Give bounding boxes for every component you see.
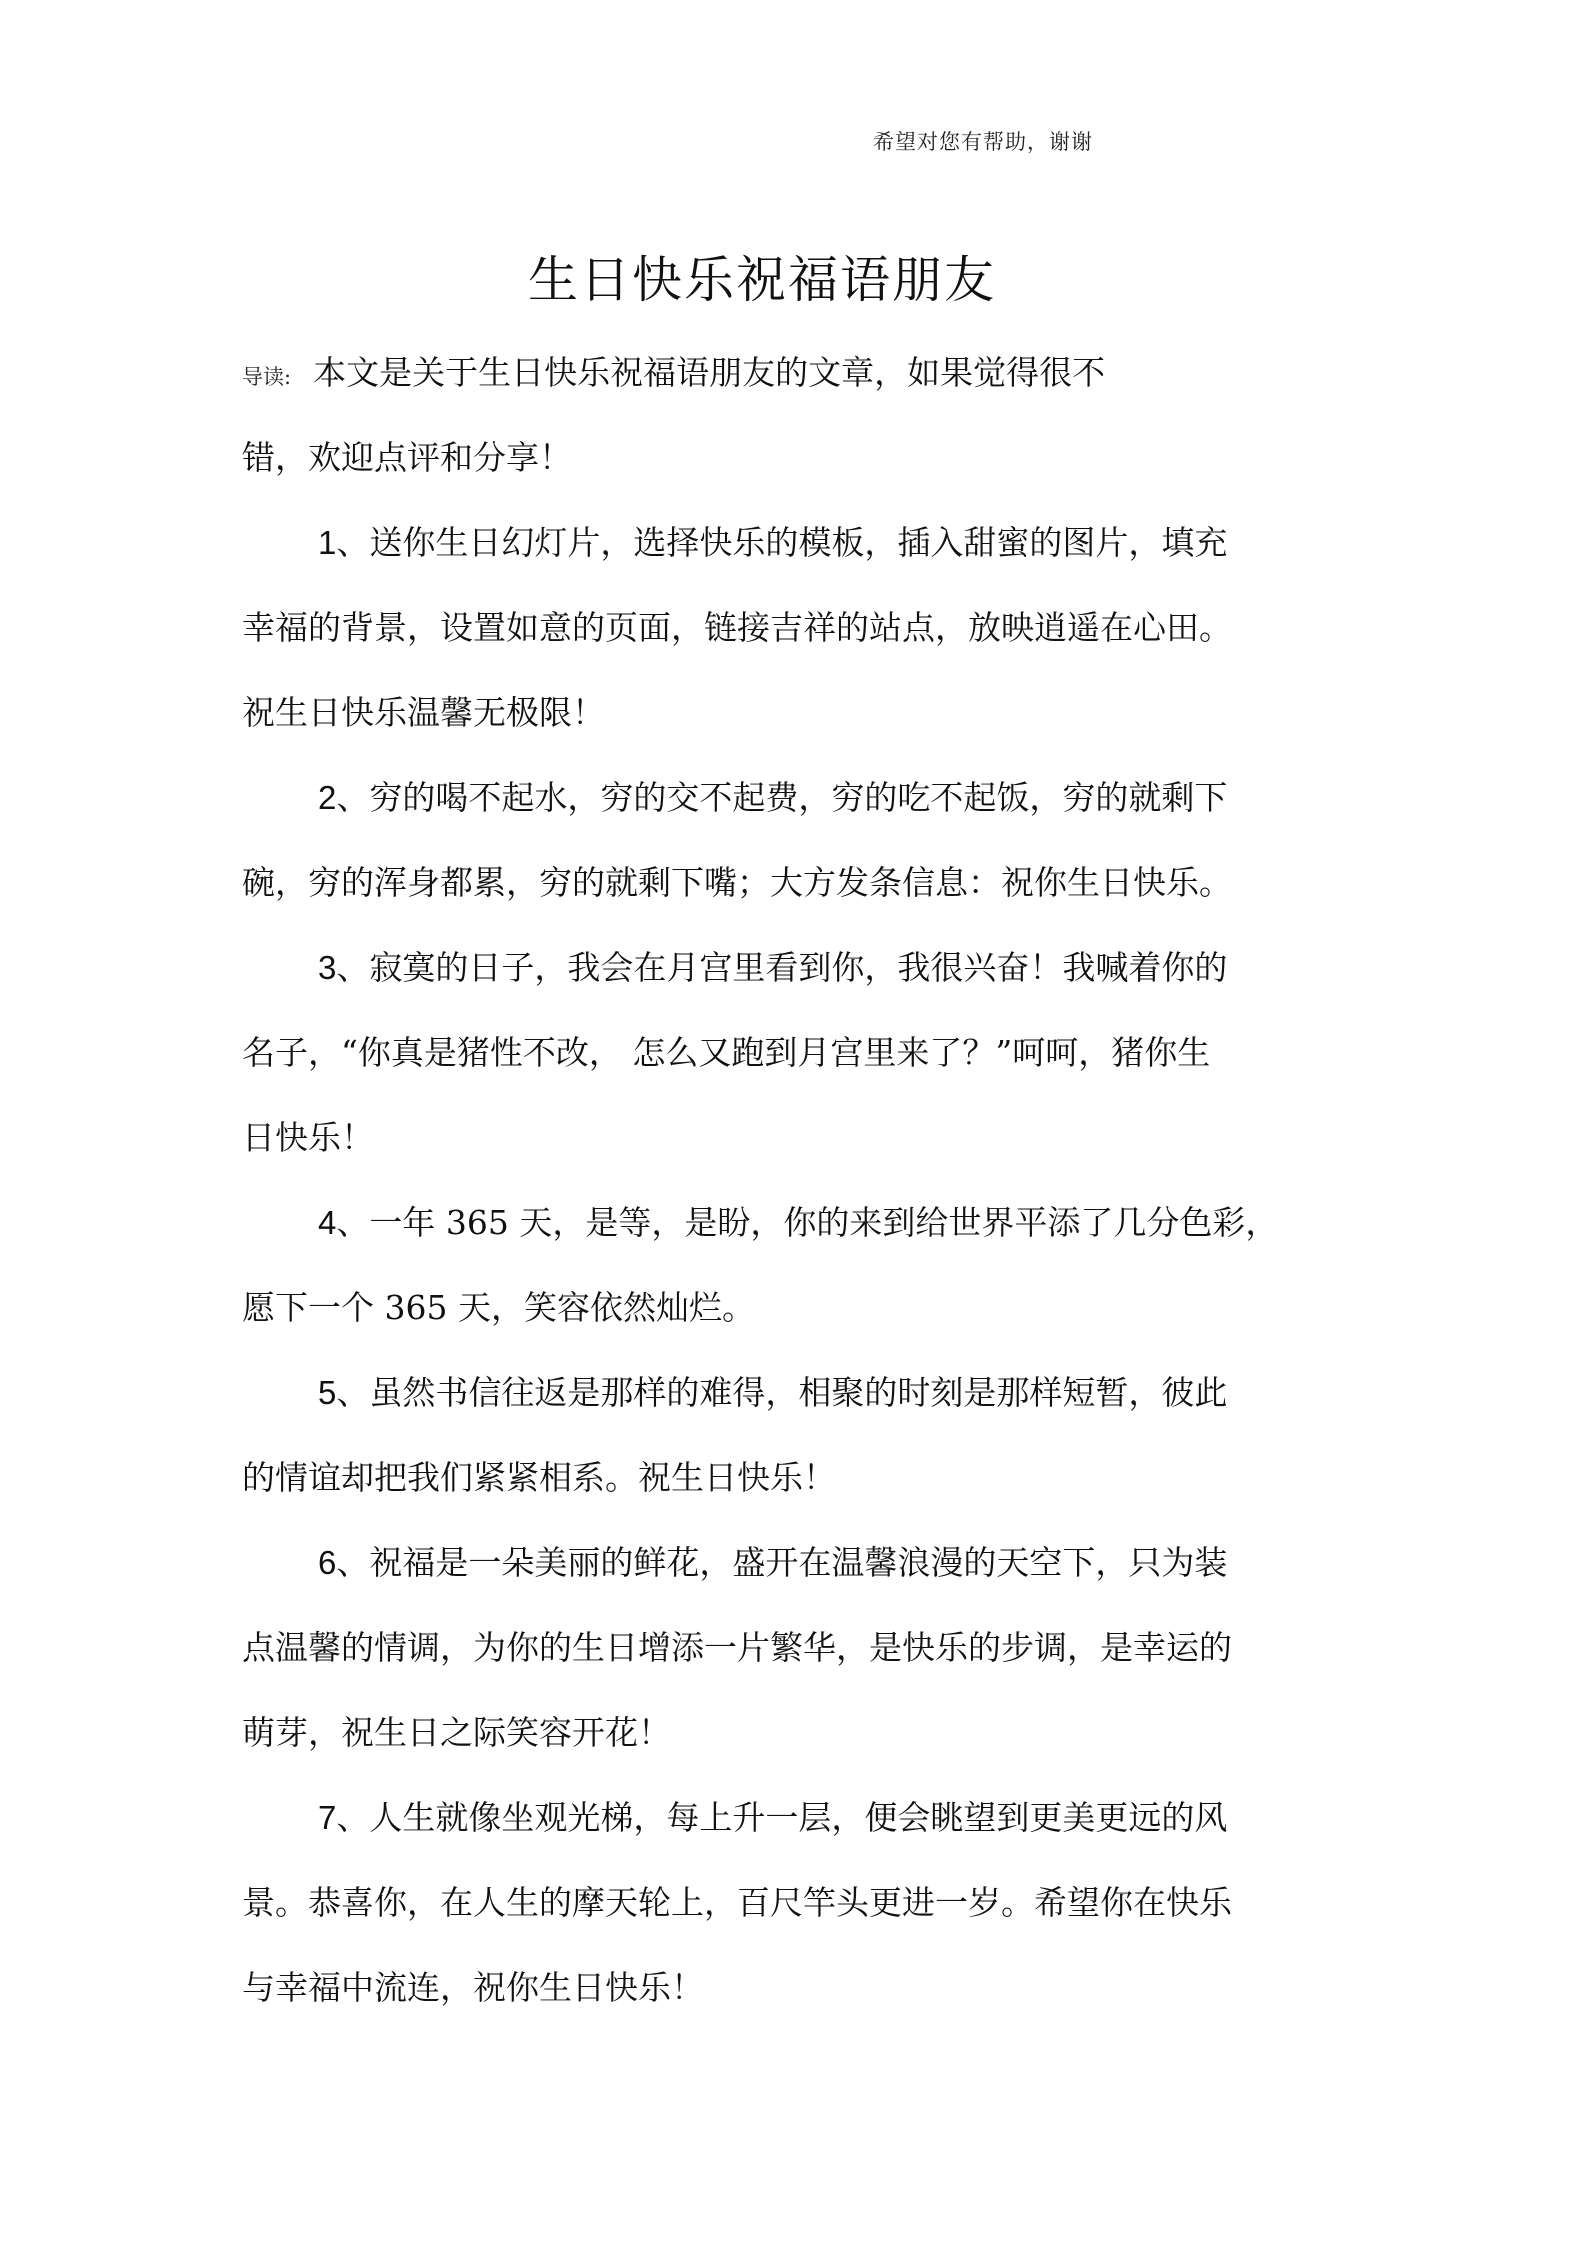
paragraph-text: 、虽然书信往返是那样的难得，相聚的时刻是那样短暂，彼此 [336,1373,1227,1412]
paragraph-number: 1 [318,524,336,561]
paragraph-line: 碗，穷的浑身都累，穷的就剩下嘴；大方发条信息：祝你生日快乐。 [242,840,1342,925]
paragraph-line: 景。恭喜你，在人生的摩天轮上，百尺竿头更进一岁。希望你在快乐 [242,1860,1342,1945]
paragraph-line: 1、送你生日幻灯片，选择快乐的模板，插入甜蜜的图片，填充 [242,500,1342,585]
paragraph-text: 、一年 365 天，是等，是盼，你的来到给世界平添了几分色彩， [336,1203,1278,1242]
paragraph-number: 5 [318,1374,336,1411]
paragraph-number: 3 [318,949,336,986]
document-body: 导读:本文是关于生日快乐祝福语朋友的文章，如果觉得很不 错，欢迎点评和分享！ 1… [242,330,1342,2030]
intro-text: 本文是关于生日快乐祝福语朋友的文章，如果觉得很不 [313,353,1105,392]
paragraph-line: 日快乐！ [242,1095,1342,1180]
paragraph-text: 、寂寞的日子，我会在月宫里看到你，我很兴奋！我喊着你的 [336,948,1227,987]
paragraph-1: 1、送你生日幻灯片，选择快乐的模板，插入甜蜜的图片，填充 幸福的背景，设置如意的… [242,500,1342,755]
paragraph-text: 、祝福是一朵美丽的鲜花，盛开在温馨浪漫的天空下，只为装 [336,1543,1227,1582]
paragraph-line: 祝生日快乐温馨无极限！ [242,670,1342,755]
intro-label: 导读: [242,365,291,389]
paragraph-3: 3、寂寞的日子，我会在月宫里看到你，我很兴奋！我喊着你的 名子，“你真是猪性不改… [242,925,1342,1180]
paragraph-line: 3、寂寞的日子，我会在月宫里看到你，我很兴奋！我喊着你的 [242,925,1342,1010]
paragraph-5: 5、虽然书信往返是那样的难得，相聚的时刻是那样短暂，彼此 的情谊却把我们紧紧相系… [242,1350,1342,1520]
paragraph-line: 的情谊却把我们紧紧相系。祝生日快乐！ [242,1435,1342,1520]
paragraph-number: 6 [318,1544,336,1581]
paragraph-line: 4、一年 365 天，是等，是盼，你的来到给世界平添了几分色彩， [242,1180,1342,1265]
document-page: 希望对您有帮助，谢谢 生日快乐祝福语朋友 导读:本文是关于生日快乐祝福语朋友的文… [0,0,1594,2255]
paragraph-line: 点温馨的情调，为你的生日增添一片繁华，是快乐的步调，是幸运的 [242,1605,1342,1690]
paragraph-text: 、人生就像坐观光梯，每上升一层，便会眺望到更美更远的风 [336,1798,1227,1837]
paragraph-line: 7、人生就像坐观光梯，每上升一层，便会眺望到更美更远的风 [242,1775,1342,1860]
paragraph-number: 2 [318,779,336,816]
paragraph-line: 名子，“你真是猪性不改， 怎么又跑到月宫里来了？”呵呵，猪你生 [242,1010,1342,1095]
paragraph-6: 6、祝福是一朵美丽的鲜花，盛开在温馨浪漫的天空下，只为装 点温馨的情调，为你的生… [242,1520,1342,1775]
paragraph-text: 、穷的喝不起水，穷的交不起费，穷的吃不起饭，穷的就剩下 [336,778,1227,817]
paragraph-4: 4、一年 365 天，是等，是盼，你的来到给世界平添了几分色彩， 愿下一个 36… [242,1180,1342,1350]
intro-line-2: 错，欢迎点评和分享！ [242,415,1342,500]
paragraph-line: 幸福的背景，设置如意的页面，链接吉祥的站点，放映逍遥在心田。 [242,585,1342,670]
paragraph-line: 5、虽然书信往返是那样的难得，相聚的时刻是那样短暂，彼此 [242,1350,1342,1435]
paragraph-number: 4 [318,1204,336,1241]
paragraph-number: 7 [318,1799,336,1836]
page-title: 生日快乐祝福语朋友 [528,240,996,312]
paragraph-line: 愿下一个 365 天，笑容依然灿烂。 [242,1265,1342,1350]
paragraph-line: 与幸福中流连，祝你生日快乐！ [242,1945,1342,2030]
paragraph-2: 2、穷的喝不起水，穷的交不起费，穷的吃不起饭，穷的就剩下 碗，穷的浑身都累，穷的… [242,755,1342,925]
paragraph-7: 7、人生就像坐观光梯，每上升一层，便会眺望到更美更远的风 景。恭喜你，在人生的摩… [242,1775,1342,2030]
header-note: 希望对您有帮助，谢谢 [873,126,1093,156]
paragraph-text: 、送你生日幻灯片，选择快乐的模板，插入甜蜜的图片，填充 [336,523,1227,562]
paragraph-line: 6、祝福是一朵美丽的鲜花，盛开在温馨浪漫的天空下，只为装 [242,1520,1342,1605]
paragraph-line: 萌芽，祝生日之际笑容开花！ [242,1690,1342,1775]
paragraph-line: 2、穷的喝不起水，穷的交不起费，穷的吃不起饭，穷的就剩下 [242,755,1342,840]
intro-line-1: 导读:本文是关于生日快乐祝福语朋友的文章，如果觉得很不 [242,330,1342,415]
